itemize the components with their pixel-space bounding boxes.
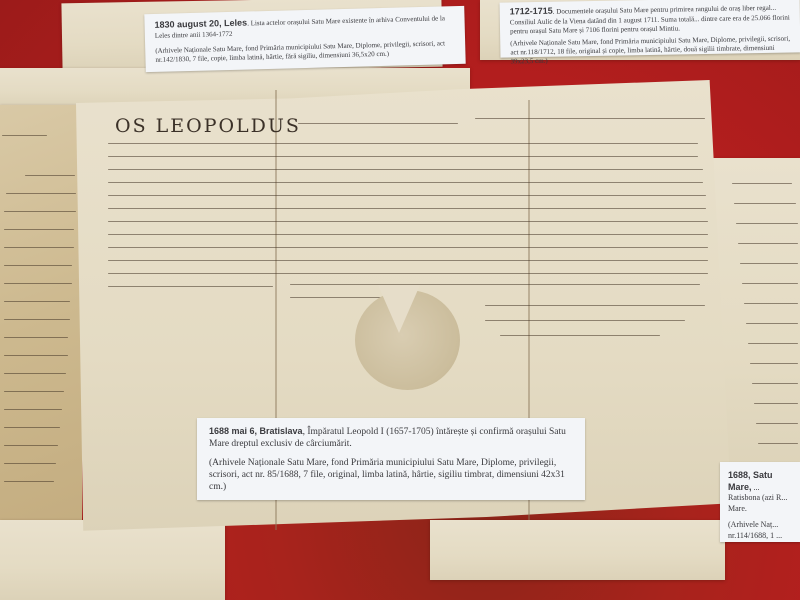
caption-label-main: 1688 mai 6, Bratislava, Împăratul Leopol… <box>197 418 585 500</box>
caption-source: (Arhivele Naționale Satu Mare, fond Prim… <box>155 39 455 65</box>
caption-source: (Arhivele Naț... nr.114/1688, 1 ... <box>728 520 792 541</box>
caption-text: . Documentele orașului Satu Mare pentru … <box>510 4 790 35</box>
caption-date: 1688 mai 6, Bratislava <box>209 426 303 436</box>
caption-date: 1688, Satu Mare, <box>728 470 773 492</box>
caption-source: (Arhivele Naționale Satu Mare, fond Prim… <box>209 457 573 494</box>
caption-date: 1830 august 20, Leles <box>154 18 247 30</box>
caption-date: 1712-1715 <box>510 6 553 17</box>
caption-label-bottom-right: 1688, Satu Mare, ... Ratisbona (azi R...… <box>720 462 800 542</box>
caption-label-top-left: 1830 august 20, Leles. Lista actelor ora… <box>144 6 465 72</box>
caption-label-top-right: 1712-1715. Documentele orașului Satu Mar… <box>500 0 800 58</box>
caption-source: (Arhivele Naționale Satu Mare, fond Prim… <box>510 34 790 66</box>
